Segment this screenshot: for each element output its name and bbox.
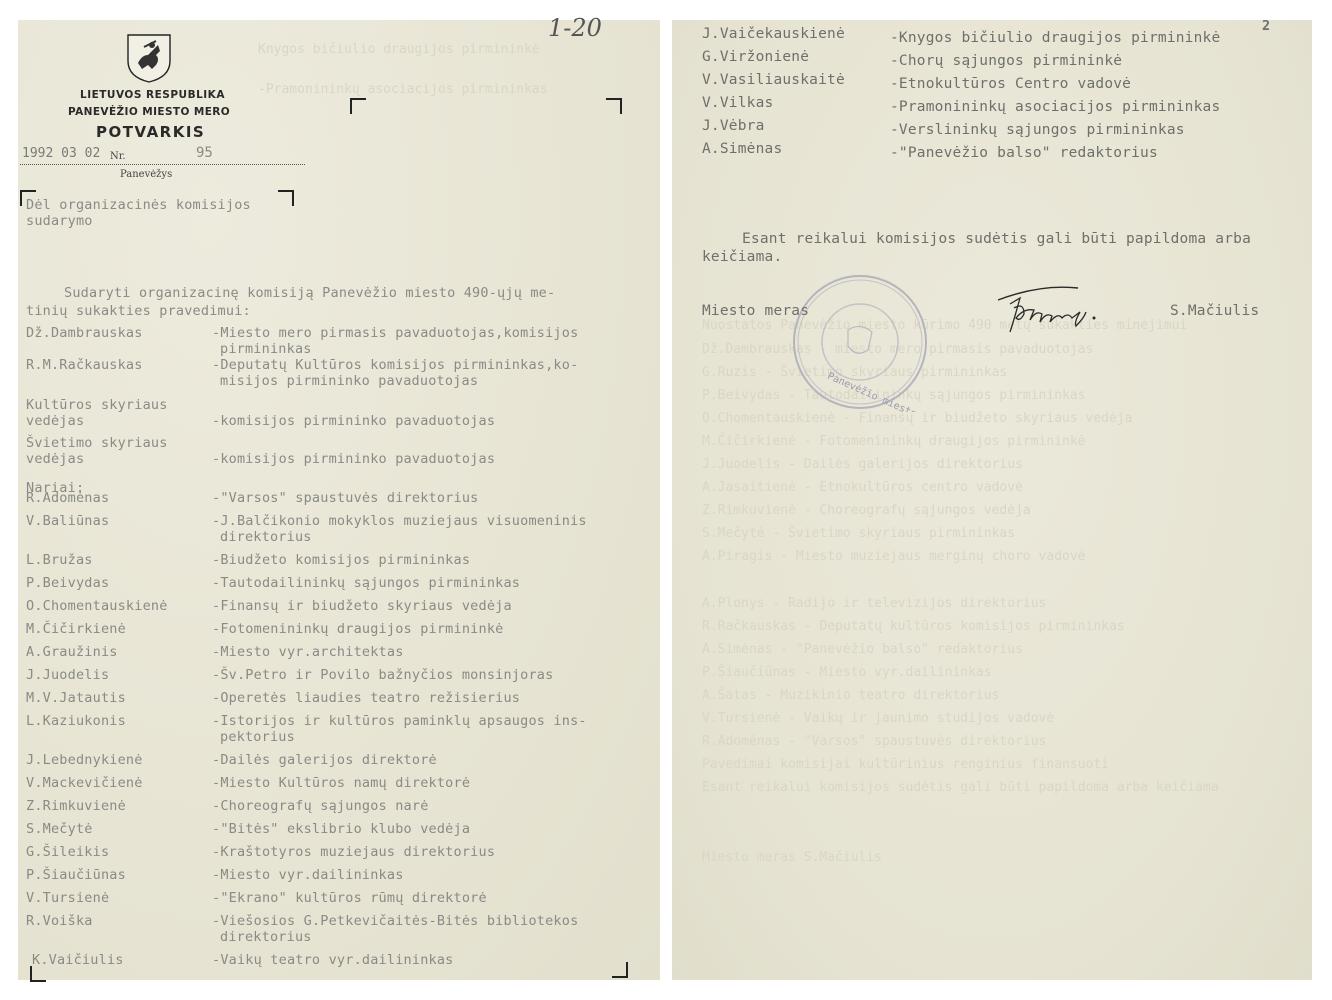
right-page: 2 Nuostatos Panevėžio miesto kūrimo 490 … (672, 20, 1312, 980)
member-name: R.Voiška (26, 913, 93, 929)
member-role: -Tautodailininkų sąjungos pirmininkas (212, 575, 520, 591)
member-role: -Miesto vyr.architektas (212, 644, 404, 660)
member-name: M.Čičirkienė (26, 621, 126, 637)
document-city: Panevėžys (120, 169, 172, 180)
member-role: -Knygos bičiulio draugijos pirmininkė (890, 30, 1220, 46)
document-date: 1992 03 02 (22, 146, 100, 161)
number-label: Nr. (110, 151, 126, 162)
official-stamp-icon: Panevėžio miesto (790, 272, 930, 412)
corner-mark (606, 98, 622, 114)
member-name: J.Juodelis (26, 667, 109, 683)
leader-role: -Deputatų Kultūros komisijos pirmininkas… (212, 357, 578, 373)
corner-mark (350, 98, 366, 114)
closing-line: Esant reikalui komisijos sudėtis gali bū… (742, 231, 1251, 247)
header-mayor: PANEVĖŽIO MIESTO MERO (68, 106, 230, 118)
member-role: -Dailės galerijos direktorė (212, 752, 437, 768)
member-role: -Verslininkų sąjungos pirmininkas (890, 122, 1185, 138)
subject-line: sudarymo (26, 213, 93, 229)
leader-role: misijos pirmininko pavaduotojas (220, 373, 478, 389)
member-name: Z.Rimkuvienė (26, 798, 126, 814)
leader-name: Kultūros skyriaus (26, 397, 168, 413)
member-name: A.Graužinis (26, 644, 118, 660)
member-role: pektorius (220, 729, 295, 745)
page-number: 2 (1262, 18, 1270, 34)
member-role: -Kraštotyros muziejaus direktorius (212, 844, 495, 860)
leader-name: R.M.Račkauskas (26, 357, 143, 373)
member-role: -Pramonininkų asociacijos pirmininkas (890, 99, 1220, 115)
member-role: direktorius (220, 529, 312, 545)
corner-mark (278, 190, 294, 206)
leader-role: -komisijos pirmininko pavaduotojas (212, 413, 495, 429)
closing-line: keičiama. (702, 249, 782, 265)
member-name: V.Vilkas (702, 95, 773, 111)
member-role: -"Bitės" ekslibrio klubo vedėja (212, 821, 470, 837)
leader-name: vedėjas (26, 451, 84, 467)
member-role: -Miesto vyr.dailininkas (212, 867, 404, 883)
member-name: G.Viržonienė (702, 49, 809, 65)
intro-line: Sudaryti organizacinę komisiją Panevėžio… (64, 285, 555, 301)
member-role: -Operetės liaudies teatro režisierius (212, 690, 520, 706)
member-name: P.Beivydas (26, 575, 109, 591)
member-role: -Etnokultūros Centro vadovė (890, 76, 1131, 92)
leader-name: vedėjas (26, 413, 84, 429)
left-page: 1-20 LIETUVOS RESPUBLIKA PANEVĖŽIO MIEST… (18, 20, 660, 980)
member-name: J.Lebednykienė (26, 752, 143, 768)
member-name: V.Tursienė (26, 890, 109, 906)
dotted-line (20, 164, 305, 165)
document-title: POTVARKIS (96, 123, 205, 141)
member-name: M.V.Jatautis (26, 690, 126, 706)
corner-mark (612, 962, 628, 978)
signatory-title: Miesto meras (702, 303, 809, 319)
member-name: V.Vasiliauskaitė (702, 72, 845, 88)
corner-mark (30, 966, 46, 982)
member-name: V.Mackevičienė (26, 775, 143, 791)
signature-icon (990, 282, 1130, 342)
member-name: G.Šileikis (26, 844, 109, 860)
leader-name: Švietimo skyriaus (26, 435, 168, 451)
leader-role: pirmininkas (220, 341, 312, 357)
member-role: -Finansų ir biudžeto skyriaus vedėja (212, 598, 512, 614)
subject-line: Dėl organizacinės komisijos (26, 197, 251, 213)
handwritten-mark: 1-20 (548, 14, 602, 42)
member-role: -Choreografų sąjungos narė (212, 798, 429, 814)
document-number: 95 (196, 145, 213, 161)
intro-line: tinių sukakties pravedimui: (26, 303, 251, 319)
member-role: -"Varsos" spaustuvės direktorius (212, 490, 479, 506)
member-name: L.Bružas (26, 552, 93, 568)
member-name: O.Chomentauskienė (26, 598, 168, 614)
member-name: J.Vaičekauskienė (702, 26, 845, 42)
member-name: K.Vaičiulis (32, 952, 124, 968)
member-role: -"Panevėžio balso" redaktorius (890, 145, 1158, 161)
member-name: S.Mečytė (26, 821, 93, 837)
member-role: -Viešosios G.Petkevičaitės-Bitės bibliot… (212, 913, 578, 929)
member-name: L.Kaziukonis (26, 713, 126, 729)
member-role: -"Ekrano" kultūros rūmų direktorė (212, 890, 487, 906)
signatory-name: S.Mačiulis (1170, 303, 1259, 319)
member-name: V.Baliūnas (26, 513, 109, 529)
member-name: J.Vėbra (702, 118, 765, 134)
leader-name: Dž.Dambrauskas (26, 325, 143, 341)
member-role: -Miesto Kultūros namų direktorė (212, 775, 470, 791)
member-role: -Fotomenininkų draugijos pirmininkė (212, 621, 503, 637)
member-role: -J.Balčikonio mokyklos muziejaus visuome… (212, 513, 587, 529)
member-role: -Biudžeto komisijos pirmininkas (212, 552, 470, 568)
header-republic: LIETUVOS RESPUBLIKA (80, 89, 225, 101)
member-name: R.Adomėnas (26, 490, 109, 506)
member-role: -Vaikų teatro vyr.dailininkas (212, 952, 454, 968)
leader-role: -komisijos pirmininko pavaduotojas (212, 451, 495, 467)
member-name: P.Šiaučiūnas (26, 867, 126, 883)
member-name: A.Simėnas (702, 141, 782, 157)
leader-role: -Miesto mero pirmasis pavaduotojas,komis… (212, 325, 578, 341)
coat-of-arms-icon (126, 33, 172, 83)
member-role: -Istorijos ir kultūros paminklų apsaugos… (212, 713, 587, 729)
member-role: -Šv.Petro ir Povilo bažnyčios monsinjora… (212, 667, 553, 683)
member-role: direktorius (220, 929, 312, 945)
member-role: -Chorų sąjungos pirmininkė (890, 53, 1122, 69)
